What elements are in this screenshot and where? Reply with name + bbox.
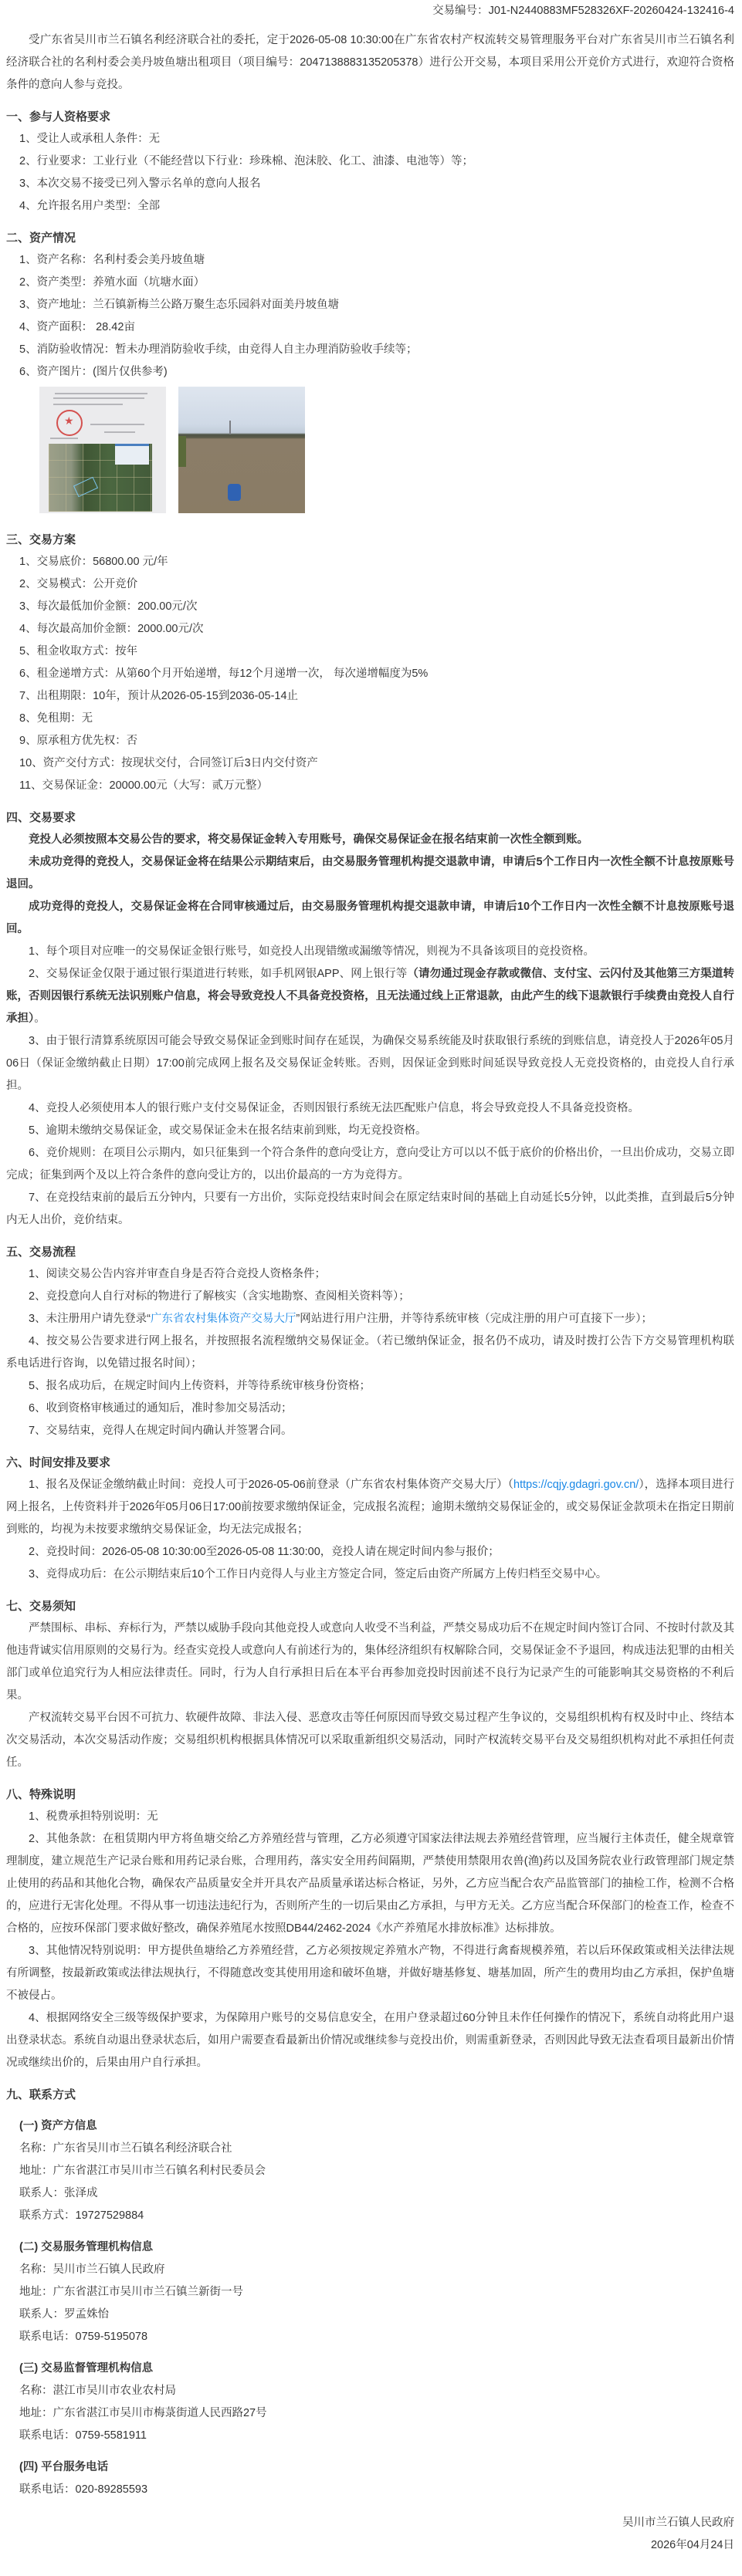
contact-line: 名称：湛江市吴川市农业农村局 [6, 2380, 734, 2402]
list-item: 3、资产地址：兰石镇新梅兰公路万聚生态乐园斜对面美丹坡鱼塘 [6, 294, 734, 316]
contact-group-title: (一) 资产方信息 [6, 2115, 734, 2138]
list-item: 5、租金收取方式：按年 [6, 641, 734, 663]
list-item: 11、交易保证金：20000.00元（大写：贰万元整） [6, 775, 734, 797]
platform-url-link[interactable]: https://cqjy.gdagri.gov.cn/ [513, 1479, 639, 1491]
contact-line: 地址：广东省湛江市吴川市兰石镇兰新街一号 [6, 2281, 734, 2304]
contact-line: 地址：广东省湛江市吴川市兰石镇名利村民委员会 [6, 2160, 734, 2182]
doc-text-line [50, 438, 78, 439]
section-title-contact: 九、联系方式 [6, 2084, 734, 2106]
section-title-special: 八、特殊说明 [6, 1783, 734, 1806]
list-item: 1、税费承担特别说明：无 [6, 1806, 734, 1828]
list-item: 4、每次最高加价金额：2000.00元/次 [6, 618, 734, 641]
list-item: 2、竞投时间：2026-05-08 10:30:00至2026-05-08 11… [6, 1541, 734, 1564]
list-item: 9、原承租方优先权：否 [6, 730, 734, 752]
doc-text-line [90, 424, 144, 425]
list-item: 4、根据网络安全三级等级保护要求，为保障用户账号的交易信息安全，在用户登录超过6… [6, 2007, 734, 2074]
payment-channel-text: 2、交易保证金仅限于通过银行渠道进行转账，如手机网银APP、网上银行等 [29, 968, 407, 980]
satellite-map [49, 444, 152, 512]
list-item: 5、消防验收情况：暂未办理消防验收手续，由竞得人自主办理消防验收手续等； [6, 339, 734, 361]
contact-group-title: (四) 平台服务电话 [6, 2456, 734, 2479]
contact-group-title: (三) 交易监督管理机构信息 [6, 2358, 734, 2380]
list-item: 1、每个项目对应唯一的交易保证金银行账号，如竞投人出现错缴或漏缴等情况，则视为不… [6, 941, 734, 963]
list-item: 2、行业要求：工业行业（不能经营以下行业：珍珠棉、泡沫胶、化工、油漆、电池等）等… [6, 150, 734, 173]
list-item: 4、允许报名用户类型：全部 [6, 195, 734, 218]
list-item: 3、竞得成功后：在公示期结束后10个工作日内竞得人与业主方签定合同，签定后由资产… [6, 1564, 734, 1586]
asset-image-document-map[interactable] [39, 387, 166, 513]
trading-hall-link[interactable]: 广东省农村集体资产交易大厅 [151, 1313, 296, 1325]
list-item: 3、本次交易不接受已列入警示名单的意向人报名 [6, 173, 734, 195]
signature-org: 吴川市兰石镇人民政府 [6, 2512, 734, 2534]
doc-text-line [53, 404, 123, 405]
contact-line: 联系电话：0759-5581911 [6, 2425, 734, 2447]
map-info-panel [115, 444, 149, 465]
asset-images [6, 387, 734, 513]
red-stamp-icon [56, 410, 83, 436]
payment-channel-end: 。 [34, 1012, 46, 1025]
list-item: 6、收到资格审核通过的通知后，准时参加交易活动； [6, 1398, 734, 1420]
list-item: 2、其他条款：在租赁期内甲方将鱼塘交给乙方养殖经营与管理，乙方必须遵守国家法律法… [6, 1828, 734, 1940]
list-item: 10、资产交付方式：按现状交付，合同签订后3日内交付资产 [6, 752, 734, 775]
section-title-process: 五、交易流程 [6, 1241, 734, 1263]
list-item: 8、免租期：无 [6, 708, 734, 730]
list-item: 7、在竞投结束前的最后五分钟内，只要有一方出价，实际竞投结束时间会在原定结束时间… [6, 1187, 734, 1232]
contact-line: 联系人：张泽成 [6, 2182, 734, 2205]
doc-text-line [104, 431, 135, 433]
list-item: 5、逾期未缴纳交易保证金，或交易保证金未在报名结束前到账，均无竞投资格。 [6, 1120, 734, 1142]
list-item: 4、竞投人必须使用本人的银行账户支付交易保证金，否则因银行系统无法匹配账户信息，… [6, 1097, 734, 1120]
list-item: 1、阅读交易公告内容并审查自身是否符合竞投人资格条件； [6, 1263, 734, 1286]
bold-paragraph: 竞投人必须按照本交易公告的要求，将交易保证金转入专用账号，确保交易保证金在报名结… [6, 829, 734, 851]
list-item: 7、出租期限：10年，预计从2026-05-15到2036-05-14止 [6, 685, 734, 708]
register-text-post: ”网站进行用户注册，并等待系统审核（完成注册的用户可直接下一步）； [296, 1313, 652, 1325]
trade-number: 交易编号：J01-N2440883MF528326XF-20260424-132… [6, 0, 734, 22]
contact-line: 名称：广东省吴川市兰石镇名利经济联合社 [6, 2138, 734, 2160]
signature-date: 2026年04月24日 [6, 2534, 734, 2557]
list-item: 4、按交易公告要求进行网上报名，并按照报名流程缴纳交易保证金。（若已缴纳保证金，… [6, 1330, 734, 1375]
list-item: 7、交易结束，竞得人在规定时间内确认并签署合同。 [6, 1420, 734, 1442]
contact-line: 联系人：罗孟姝怡 [6, 2304, 734, 2326]
list-item: 1、资产名称：名利村委会美丹坡鱼塘 [6, 249, 734, 272]
contact-line: 联系电话：020-89285593 [6, 2479, 734, 2501]
trade-number-value: J01-N2440883MF528326XF-20260424-132416-4 [489, 5, 734, 17]
section-title-schedule: 六、时间安排及要求 [6, 1452, 734, 1474]
section-title-notice: 七、交易须知 [6, 1595, 734, 1618]
list-item: 2、资产类型：养殖水面（坑塘水面） [6, 272, 734, 294]
tower-shape [229, 421, 231, 434]
contact-line: 地址：广东省湛江市吴川市梅菉街道人民西路27号 [6, 2402, 734, 2425]
list-item: 6、资产图片：(图片仅供参考) [6, 361, 734, 384]
list-item: 1、受让人或承租人条件：无 [6, 128, 734, 150]
deadline-text-pre: 1、报名及保证金缴纳截止时间：竞投人可于2026-05-06前登录（广东省农村集… [29, 1479, 513, 1491]
list-item: 3、由于银行清算系统原因可能会导致交易保证金到账时间存在延误，为确保交易系统能及… [6, 1030, 734, 1097]
doc-text-line [53, 397, 144, 399]
section-title-trade-plan: 三、交易方案 [6, 529, 734, 551]
contact-line: 联系方式：19727529884 [6, 2205, 734, 2227]
notice-paragraph: 产权流转交易平台因不可抗力、软硬件故障、非法入侵、恶意攻击等任何原因而导致交易过… [6, 1707, 734, 1774]
signature-block: 吴川市兰石镇人民政府 2026年04月24日 [6, 2512, 734, 2557]
notice-paragraph: 严禁围标、串标、弃标行为，严禁以威胁手段向其他竞投人或意向人收受不当利益，严禁交… [6, 1618, 734, 1707]
bold-paragraph: 成功竞得的竞投人，交易保证金将在合同审核通过后，由交易服务管理机构提交退款申请，… [6, 896, 734, 941]
list-item: 2、竞投意向人自行对标的物进行了解核实（含实地勘察、查阅相关资料等）； [6, 1286, 734, 1308]
list-item: 3、其他情况特别说明：甲方提供鱼塘给乙方养殖经营，乙方必须按规定养殖水产物，不得… [6, 1940, 734, 2007]
announcement-page: 交易编号：J01-N2440883MF528326XF-20260424-132… [0, 0, 742, 2564]
list-item: 2、交易模式：公开竞价 [6, 573, 734, 596]
list-item: 6、租金递增方式：从第60个月开始递增，每12个月递增一次， 每次递增幅度为5% [6, 663, 734, 685]
list-item-payment-channel: 2、交易保证金仅限于通过银行渠道进行转账，如手机网银APP、网上银行等（请勿通过… [6, 963, 734, 1030]
list-item-deadline: 1、报名及保证金缴纳截止时间：竞投人可于2026-05-06前登录（广东省农村集… [6, 1474, 734, 1541]
section-title-requirements: 四、交易要求 [6, 806, 734, 829]
trade-number-label: 交易编号： [432, 5, 489, 17]
section-title-qualification: 一、参与人资格要求 [6, 106, 734, 128]
list-item: 3、每次最低加价金额：200.00元/次 [6, 596, 734, 618]
contact-line: 联系电话：0759-5195078 [6, 2326, 734, 2348]
bold-paragraph: 未成功竞得的竞投人，交易保证金将在结果公示期结束后，由交易服务管理机构提交退款申… [6, 851, 734, 896]
list-item: 4、资产面积： 28.42亩 [6, 316, 734, 339]
list-item: 1、交易底价：56800.00 元/年 [6, 551, 734, 573]
list-item: 5、报名成功后，在规定时间内上传资料，并等待系统审核身份资格； [6, 1375, 734, 1398]
contact-group-title: (二) 交易服务管理机构信息 [6, 2236, 734, 2259]
list-item: 6、竞价规则：在项目公示期内，如只征集到一个符合条件的意向受让方，意向受让方可以… [6, 1142, 734, 1187]
list-item-register: 3、未注册用户请先登录“广东省农村集体资产交易大厅”网站进行用户注册，并等待系统… [6, 1308, 734, 1330]
asset-image-pond[interactable] [178, 387, 305, 513]
blue-barrel-float [228, 484, 241, 501]
section-title-asset: 二、资产情况 [6, 227, 734, 249]
pond-bank [178, 436, 186, 467]
doc-text-line [55, 393, 147, 394]
register-text-pre: 3、未注册用户请先登录“ [29, 1313, 151, 1325]
contact-line: 名称：吴川市兰石镇人民政府 [6, 2259, 734, 2281]
intro-paragraph: 受广东省吴川市兰石镇名利经济联合社的委托，定于2026-05-08 10:30:… [6, 29, 734, 96]
